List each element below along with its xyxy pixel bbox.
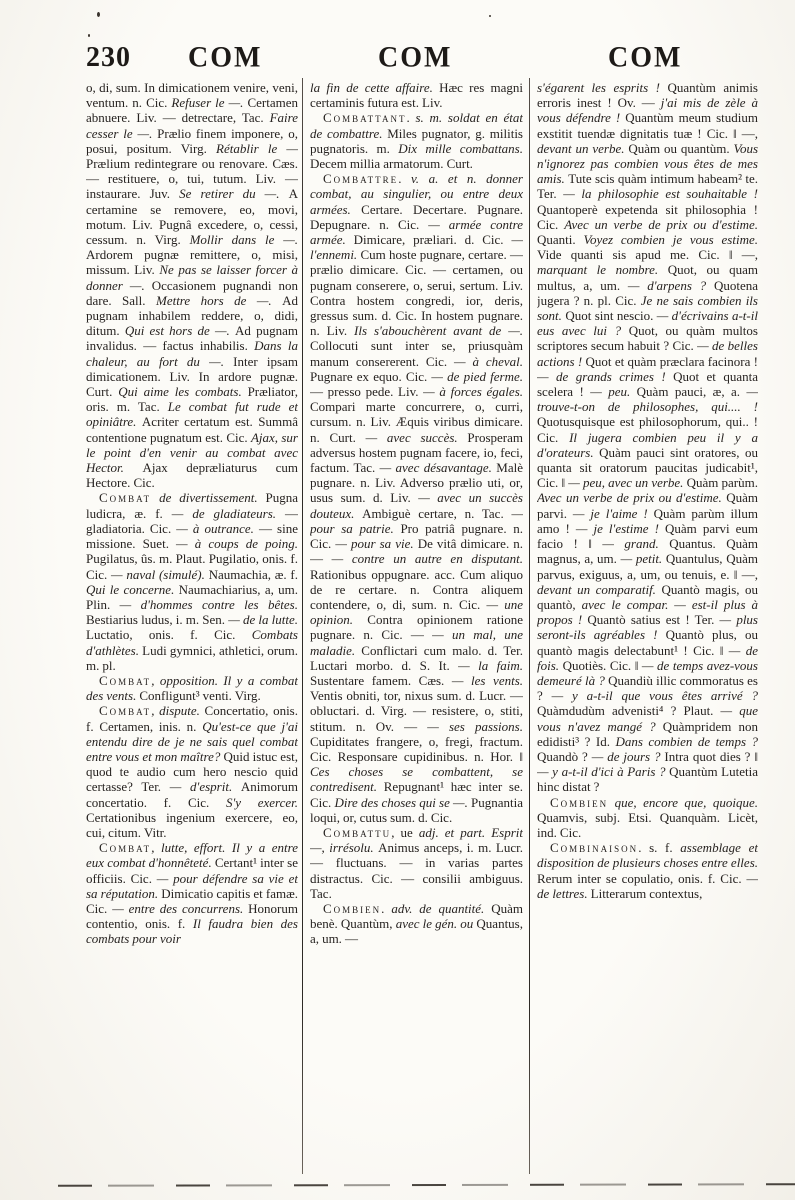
text-segment: Quandò ? [537,749,592,764]
text-segment: Ambiguè certare, n. Tac. [362,506,511,521]
page-edge-line [58,1183,795,1187]
text-segment: — à outrance. [176,521,259,536]
scan-speck [489,15,491,17]
paragraph: la fin de cette affaire. Hæc res magni c… [310,80,523,110]
text-segment: — avec succès. [366,430,468,445]
entry-headword: Combat [99,703,151,718]
text-segment: — de grands crimes ! [537,369,673,384]
text-segment: — de pied ferme. [431,369,523,384]
paragraph: Combinaison. s. f. assemblage et disposi… [537,840,758,901]
text-segment: Certationibus ingenium exercere, eo, cui… [86,810,298,840]
paragraph: o, di, sum. In dimicationem venire, veni… [86,80,298,490]
text-segment: Dimicare, præliari. d. Cic. [354,232,512,247]
text-segment: Avec un verbe de prix ou d'estime. [537,490,726,505]
text-segment: Ils s'abouchèrent avant de —. [354,323,523,338]
text-segment: adv. de quantité. [391,901,491,916]
text-segment: Quotiès. Cic. ‖ [563,658,642,673]
text-segment: Mollir dans le —. [190,232,298,247]
dictionary-page: 230 COM COM COM o, di, sum. In dimicatio… [0,0,795,1200]
text-segment: — entre des concurrens. [112,901,248,916]
entry-headword: Combat [99,490,151,505]
paragraph: Combattu, ue adj. et part. Esprit —, irr… [310,825,523,901]
text-segment: . [381,901,391,916]
text-segment: — la faim. [458,658,523,673]
text-segment: — naval (simulé). [111,567,209,582]
running-head-column-2: COM [378,41,452,75]
text-segment: — grand. [602,536,669,551]
text-segment: devant un comparatif. [537,582,661,597]
text-segment: s'égarent les esprits ! [537,80,667,95]
text-segment: — pour sa vie. [335,536,417,551]
text-segment: Luctatio, onis. f. Cic. [86,627,252,642]
text-segment: Dix mille combattans. [398,141,523,156]
text-segment: Mettre hors de —. [156,293,282,308]
text-segment: Refuser le —. [171,95,247,110]
paragraph: Combien que, encore que, quoique. Quamvi… [537,795,758,841]
text-segment: — d'esprit. [170,779,241,794]
text-segment: Quàm pauci, æ, a. [637,384,747,399]
text-segment: — à coups de poing. [176,536,298,551]
text-segment: Sustentare famem. Cæs. [310,673,452,688]
text-segment: Quot sint nescio. [565,308,656,323]
text-segment: la fin de cette affaire. [310,80,439,95]
paragraph: Combattre. v. a. et n. donner combat, au… [310,171,523,825]
text-segment: S'y exercer. [226,795,298,810]
running-head-column-1: COM [188,41,262,75]
text-segment: de divertissement. [151,490,265,505]
text-segment: — y a-t-il que vous êtes arrivé ? [552,688,758,703]
text-segment: Pugnare ex equo. Cic. [310,369,431,384]
text-segment: Quàm parùm. [687,475,758,490]
text-segment: . [398,171,411,186]
text-segment: Bestiarius ludus, i. m. Sen. [86,612,228,627]
text-segment: — avec désavantage. [380,460,497,475]
entry-headword: Combattant [323,110,406,125]
text-segment: Quanti. [537,232,583,247]
text-segment: Intra quot dies ? ‖ [664,749,758,764]
text-segment: Quàm ou quantùm. [628,141,733,156]
text-segment: , dispute. [151,703,204,718]
entry-headword: Combien [550,795,608,810]
text-segment: marquant le nombre. [537,262,668,277]
text-column-2: la fin de cette affaire. Hæc res magni c… [310,80,523,1182]
text-segment: — ses passions. [427,719,523,734]
text-segment: avec le gén. ou [396,916,477,931]
text-segment: — y a-t-il d'ici à Paris ? [537,764,669,779]
running-head-column-3: COM [608,41,682,75]
text-segment: Decem millia armatorum. Curt. [310,156,473,171]
text-segment: — je l'estime ! [576,521,665,536]
text-segment: , ue [391,825,419,840]
paragraph: Combien. adv. de quantité. Quàm benè. Qu… [310,901,523,947]
entry-headword: Combat [99,673,151,688]
text-segment: Quot et quàm præclara facinora ! [586,354,758,369]
scan-speck [97,12,100,17]
text-segment: Rerum inter se copulatio, onis. f. Cic. [537,871,746,886]
text-segment: — la philosophie est souhaitable ! [563,186,758,201]
text-segment: Qui aime les combats. [118,384,247,399]
text-segment: Dire des choses qui se —. [334,795,471,810]
text-segment: devant un verbe. [537,141,628,156]
text-segment: Dans combien de temps ? [615,734,758,749]
text-segment: — petit. [621,551,666,566]
entry-headword: Combattu [323,825,391,840]
paragraph: Combat, dispute. Concertatio, onis. f. C… [86,703,298,840]
text-segment: — presso pede. Liv. [310,384,423,399]
entry-headword: Combinaison [550,840,638,855]
text-column-1: o, di, sum. In dimicationem venire, veni… [86,80,298,1182]
text-segment: — peu, avec un verbe. [568,475,686,490]
text-segment: Avec un verbe de prix ou d'estime. [564,217,758,232]
text-segment: — les vents. [452,673,523,688]
text-segment: — à forces égales. [423,384,523,399]
text-segment: — de la lutte. [228,612,298,627]
text-segment: — peu. [590,384,636,399]
text-segment: — à cheval. [454,354,523,369]
entry-headword: Combat [99,840,151,855]
text-segment: Quàmdudùm advenisti⁴ ? Plaut. [537,703,721,718]
entry-headword: Combattre [323,171,398,186]
text-segment: Vide quanti sis apud me. Cic. ‖ —, [537,247,758,262]
text-segment: Cupiditates frangere, o, fregi, fractum.… [310,734,523,764]
text-segment: Naumachia, æ. f. [209,567,298,582]
text-segment: — d'arpens ? [628,278,714,293]
column-divider [529,78,530,1174]
page-number: 230 [86,42,131,74]
text-segment: Quamvis, subj. Etsi. Quanquàm. Licèt, in… [537,810,758,840]
text-segment: Litterarum contextus, [591,886,703,901]
text-segment: . s. f. [638,840,680,855]
paragraph: s'égarent les esprits ! Quantùm animis e… [537,80,758,795]
text-segment: — je l'aime ! [573,506,654,521]
text-segment: — de jours ? [592,749,665,764]
text-column-3: s'égarent les esprits ! Quantùm animis e… [537,80,758,1182]
text-segment: Rétablir le — [216,141,298,156]
paragraph: Combat, opposition. Il y a combat des ve… [86,673,298,703]
text-segment: Quantò satius est ! Ter. [587,612,719,627]
paragraph: Combat, lutte, effort. Il y a entre eux … [86,840,298,946]
entry-headword: Combien [323,901,381,916]
paragraph: Combat de divertissement. Pugna ludicra,… [86,490,298,672]
text-segment: Confligunt³ venti. Virg. [139,688,260,703]
text-segment: Qui le concerne. [86,582,179,597]
text-segment: — d'hommes contre les bêtes. [120,597,298,612]
paragraph: Combattant. s. m. soldat en état de comb… [310,110,523,171]
text-segment: Se retirer du —. [179,186,288,201]
column-divider [302,78,303,1174]
scan-speck [88,34,90,37]
text-segment: que, encore que, quoique. [608,795,758,810]
text-segment: Qui est hors de —. [125,323,235,338]
text-segment: Voyez combien je vous estime. [583,232,758,247]
text-segment: — de gladiateurs. [172,506,285,521]
text-segment: — contre un autre en disputant. [332,551,523,566]
